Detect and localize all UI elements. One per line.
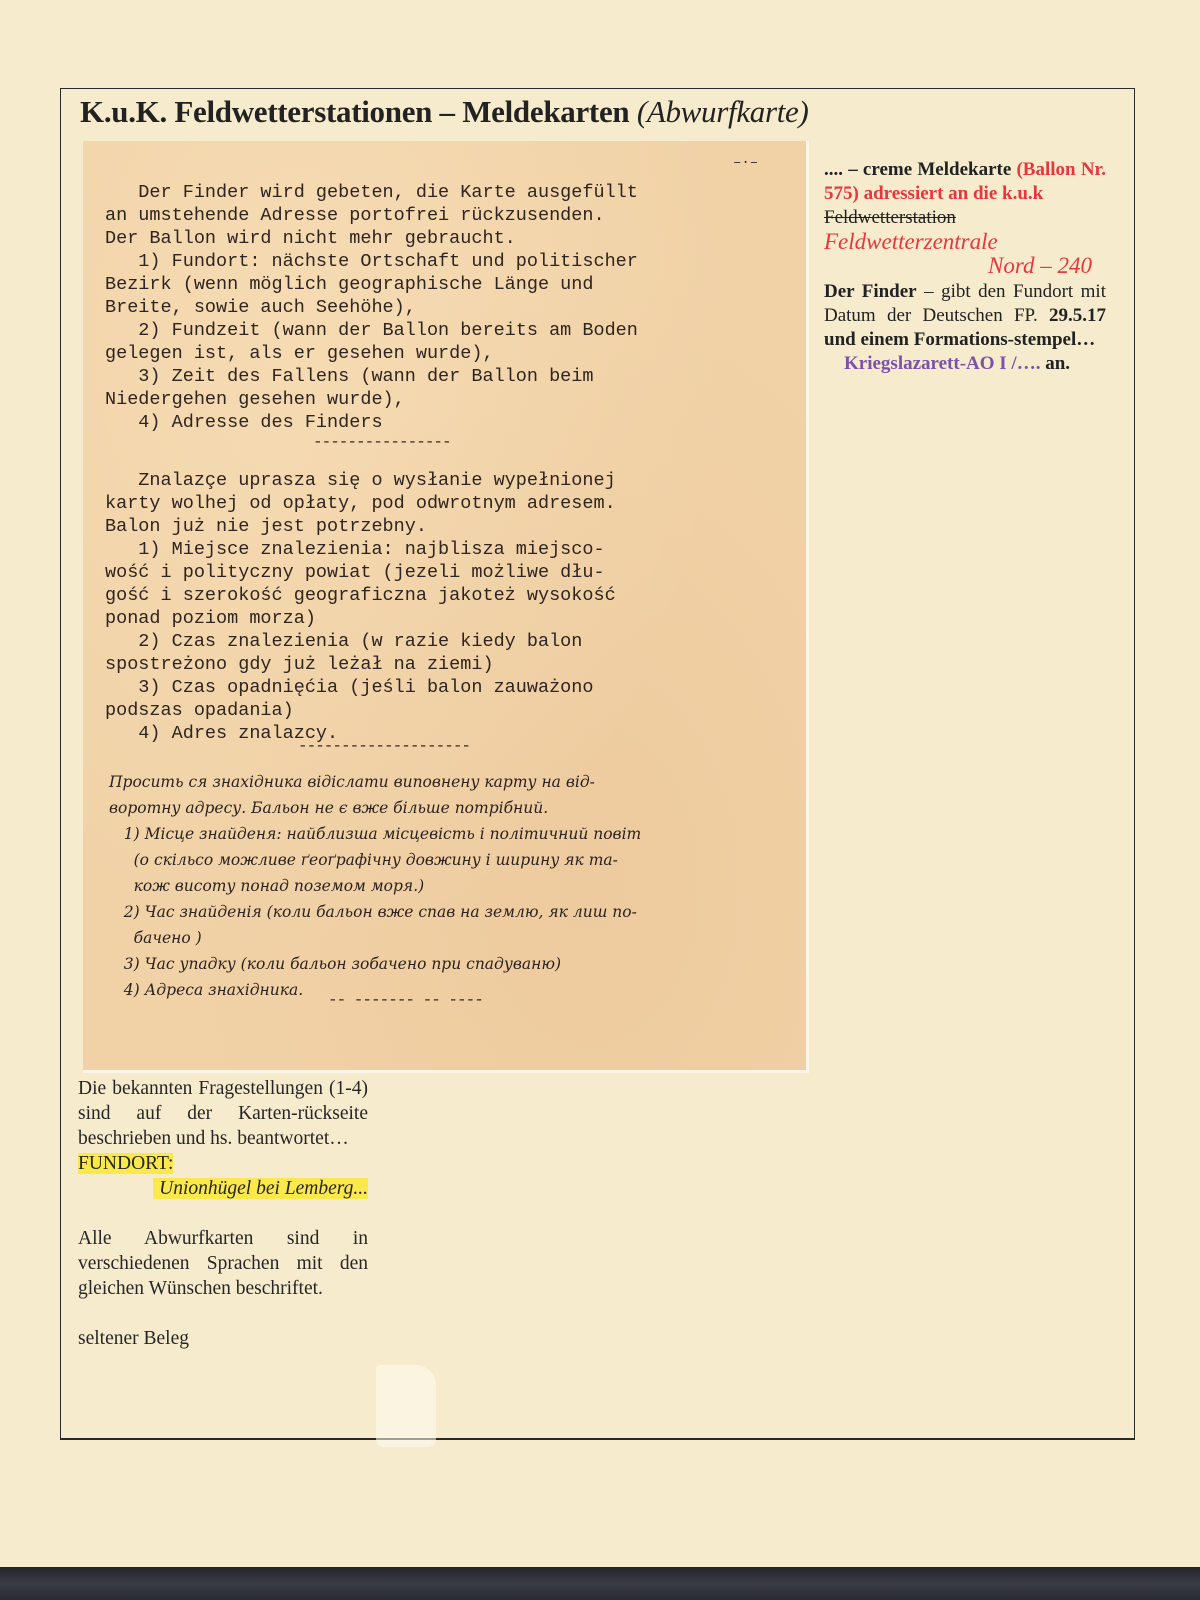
fundort-value: Unionhügel bei Lemberg... (153, 1178, 368, 1199)
stamp-name: Kriegslazarett-AO I /…. (844, 353, 1040, 374)
fundort-label: FUNDORT: (78, 1153, 173, 1174)
title-italic: (Abwurfkarte) (637, 94, 809, 129)
separator-handwritten: -- ------- -- ---- (328, 991, 483, 1009)
note-para-1: Die bekannten Fragestellungen (1-4) sind… (78, 1076, 368, 1151)
note-para-2: Alle Abwurfkarten sind in verschiedenen … (78, 1226, 368, 1301)
handwritten-line: 1) Місце знайденя: найблизша місцевість … (109, 821, 641, 847)
german-line: Niedergehen gesehen wurde), (105, 388, 638, 411)
german-line: 2) Fundzeit (wann der Ballon bereits am … (105, 319, 638, 342)
polish-line: spostreżono gdy już leżał na ziemi) (105, 653, 616, 676)
separator-german: ---------------- (313, 433, 451, 451)
finder-bold: Der Finder (824, 281, 917, 302)
card-top-mark: –·– (733, 155, 758, 171)
polish-line: gość i szerokość geograficzna jakoteż wy… (105, 584, 616, 607)
replacement-nord: Nord – 240 (824, 254, 1106, 278)
german-line: 3) Zeit des Fallens (wann der Ballon bei… (105, 365, 638, 388)
german-line: 1) Fundort: nächste Ortschaft und politi… (105, 250, 638, 273)
polish-line: Znalazçe uprasza się o wysłanie wypełnio… (105, 469, 616, 492)
separator-polish: -------------------- (298, 737, 470, 755)
polish-line: Balon już nie jest potrzebny. (105, 515, 616, 538)
handwritten-line: бачено ) (109, 925, 641, 951)
polish-line: karty wolhej od opłaty, pod odwrotnym ad… (105, 492, 616, 515)
handwritten-line: воротну адресу. Бальон не є вже більше п… (109, 795, 641, 821)
note-para-3: seltener Beleg (78, 1326, 368, 1351)
polish-line: ponad poziom morza) (105, 607, 616, 630)
scanner-edge (0, 1567, 1200, 1600)
german-line: Breite, sowie auch Seehöhe), (105, 296, 638, 319)
polish-line: podszas opadania) (105, 699, 616, 722)
ukrainian-handwritten-block: Просить ся знахідника відіслати виповнен… (109, 769, 641, 1003)
bottom-annotation: Die bekannten Fragestellungen (1-4) sind… (78, 1076, 368, 1351)
handwritten-line: (о скільсо можливе ґеоґрафічну довжину і… (109, 847, 641, 873)
hinge-tape (376, 1365, 436, 1447)
polish-line: 1) Miejsce znalezienia: najblisza miejsc… (105, 538, 616, 561)
polish-line: 2) Czas znalezienia (w razie kiedy balon (105, 630, 616, 653)
title-bold: K.u.K. Feldwetterstationen – Meldekarten (80, 94, 629, 129)
german-line: an umstehende Adresse portofrei rückzuse… (105, 204, 638, 227)
german-line: Bezirk (wenn möglich geographische Länge… (105, 273, 638, 296)
side-annotation: .... – creme Meldekarte (Ballon Nr. 575)… (824, 158, 1106, 376)
polish-text-block: Znalazçe uprasza się o wysłanie wypełnio… (105, 469, 616, 745)
handwritten-line: 2) Час знайденія (коли бальон вже спав н… (109, 899, 641, 925)
abwurfkarte-card: –·– Der Finder wird gebeten, die Karte a… (83, 141, 809, 1073)
side-line1-prefix: .... – creme Meldekarte (824, 159, 1016, 180)
handwritten-line: Просить ся знахідника відіслати виповнен… (109, 769, 641, 795)
german-line: gelegen ist, als er gesehen wurde), (105, 342, 638, 365)
page-title: K.u.K. Feldwetterstationen – Meldekarten… (80, 94, 809, 130)
german-line: 4) Adresse des Finders (105, 411, 638, 434)
replacement-zentrale: Feldwetterzentrale (824, 230, 1106, 254)
handwritten-line: 3) Час упадку (коли бальон зобачено при … (109, 951, 641, 977)
german-line: Der Finder wird gebeten, die Karte ausge… (105, 181, 638, 204)
polish-line: 3) Czas opadnięćia (jeśli balon zauważon… (105, 676, 616, 699)
struck-station: Feldwetterstation (824, 206, 1106, 230)
german-line: Der Ballon wird nicht mehr gebraucht. (105, 227, 638, 250)
german-text-block: Der Finder wird gebeten, die Karte ausge… (105, 181, 638, 434)
handwritten-line: кож висоту понад поземом моря.) (109, 873, 641, 899)
stamp-suffix: an. (1040, 353, 1070, 374)
polish-line: wość i polityczny powiat (jezeli możliwe… (105, 561, 616, 584)
